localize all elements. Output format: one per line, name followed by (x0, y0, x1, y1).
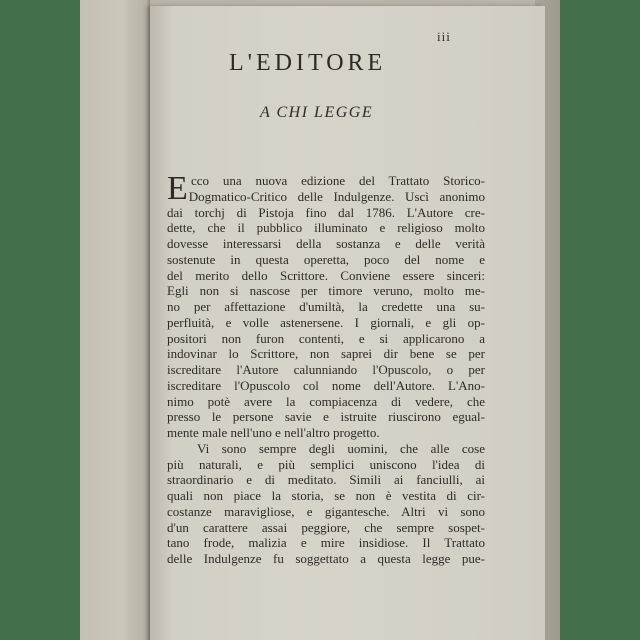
text-line: sostenute in questa operetta, poco del n… (167, 252, 485, 268)
text-line: positori non furon contenti, e si applic… (167, 331, 485, 347)
text-line: dovesse interessarsi della sostanza e de… (167, 236, 485, 252)
text-line: nimo potè avere la compiacenza di vedere… (167, 394, 485, 410)
text-line: quali non piace la storia, se non è vest… (167, 488, 485, 504)
text-line: d'un carattere assai peggiore, che sempr… (167, 520, 485, 536)
text-line: tano frode, malizia e mire insidiose. Il… (167, 535, 485, 551)
text-line: mente male nell'uno e nell'altro progett… (167, 425, 485, 441)
page-subtitle: A CHI LEGGE (260, 104, 373, 122)
text-line: presso le persone savie e istruite riusc… (167, 409, 485, 425)
drop-cap: E (167, 175, 188, 203)
text-line: no per affettazione d'umiltà, la credett… (167, 299, 485, 315)
text-line: dette, che il pubblico illuminato e reli… (167, 220, 485, 236)
text-line: perfluità, e volle astenersene. I giorna… (167, 315, 485, 331)
text-line: delle Indulgenze fu soggettato a questa … (167, 551, 485, 567)
page-number: iii (437, 29, 451, 45)
text-line: iscreditare l'Autore calunniando l'Opusc… (167, 362, 485, 378)
paragraph-2: Vi sono sempre degli uomini, che alle co… (167, 441, 485, 567)
text-line: Egli non si nascose per timore veruno, m… (167, 283, 485, 299)
text-line: iscreditare l'Opuscolo col nome dell'Aut… (167, 378, 485, 394)
text-line: Vi sono sempre degli uomini, che alle co… (167, 441, 485, 457)
previous-page-edge (80, 0, 150, 640)
text-line: costanze maravigliose, e gigantesche. Al… (167, 504, 485, 520)
page-title: L'EDITORE (229, 50, 386, 77)
text-line: dai torchj di Pistoja fino dal 1786. L'A… (167, 205, 485, 221)
text-line: più naturali, e più semplici uniscono l'… (167, 457, 485, 473)
text-line: Dogmatico-Critico delle Indulgenze. Uscì… (167, 189, 485, 205)
body-text: E cco una nuova edizione del Trattato St… (167, 173, 485, 567)
text-line: cco una nuova edizione del Trattato Stor… (167, 173, 485, 189)
text-line: straordinario e di meditato. Simili ai f… (167, 472, 485, 488)
paragraph-1: E cco una nuova edizione del Trattato St… (167, 173, 485, 441)
text-line: indovinar lo Scrittore, non saprei dir b… (167, 346, 485, 362)
text-line: del merito dello Scrittore. Conviene ess… (167, 268, 485, 284)
